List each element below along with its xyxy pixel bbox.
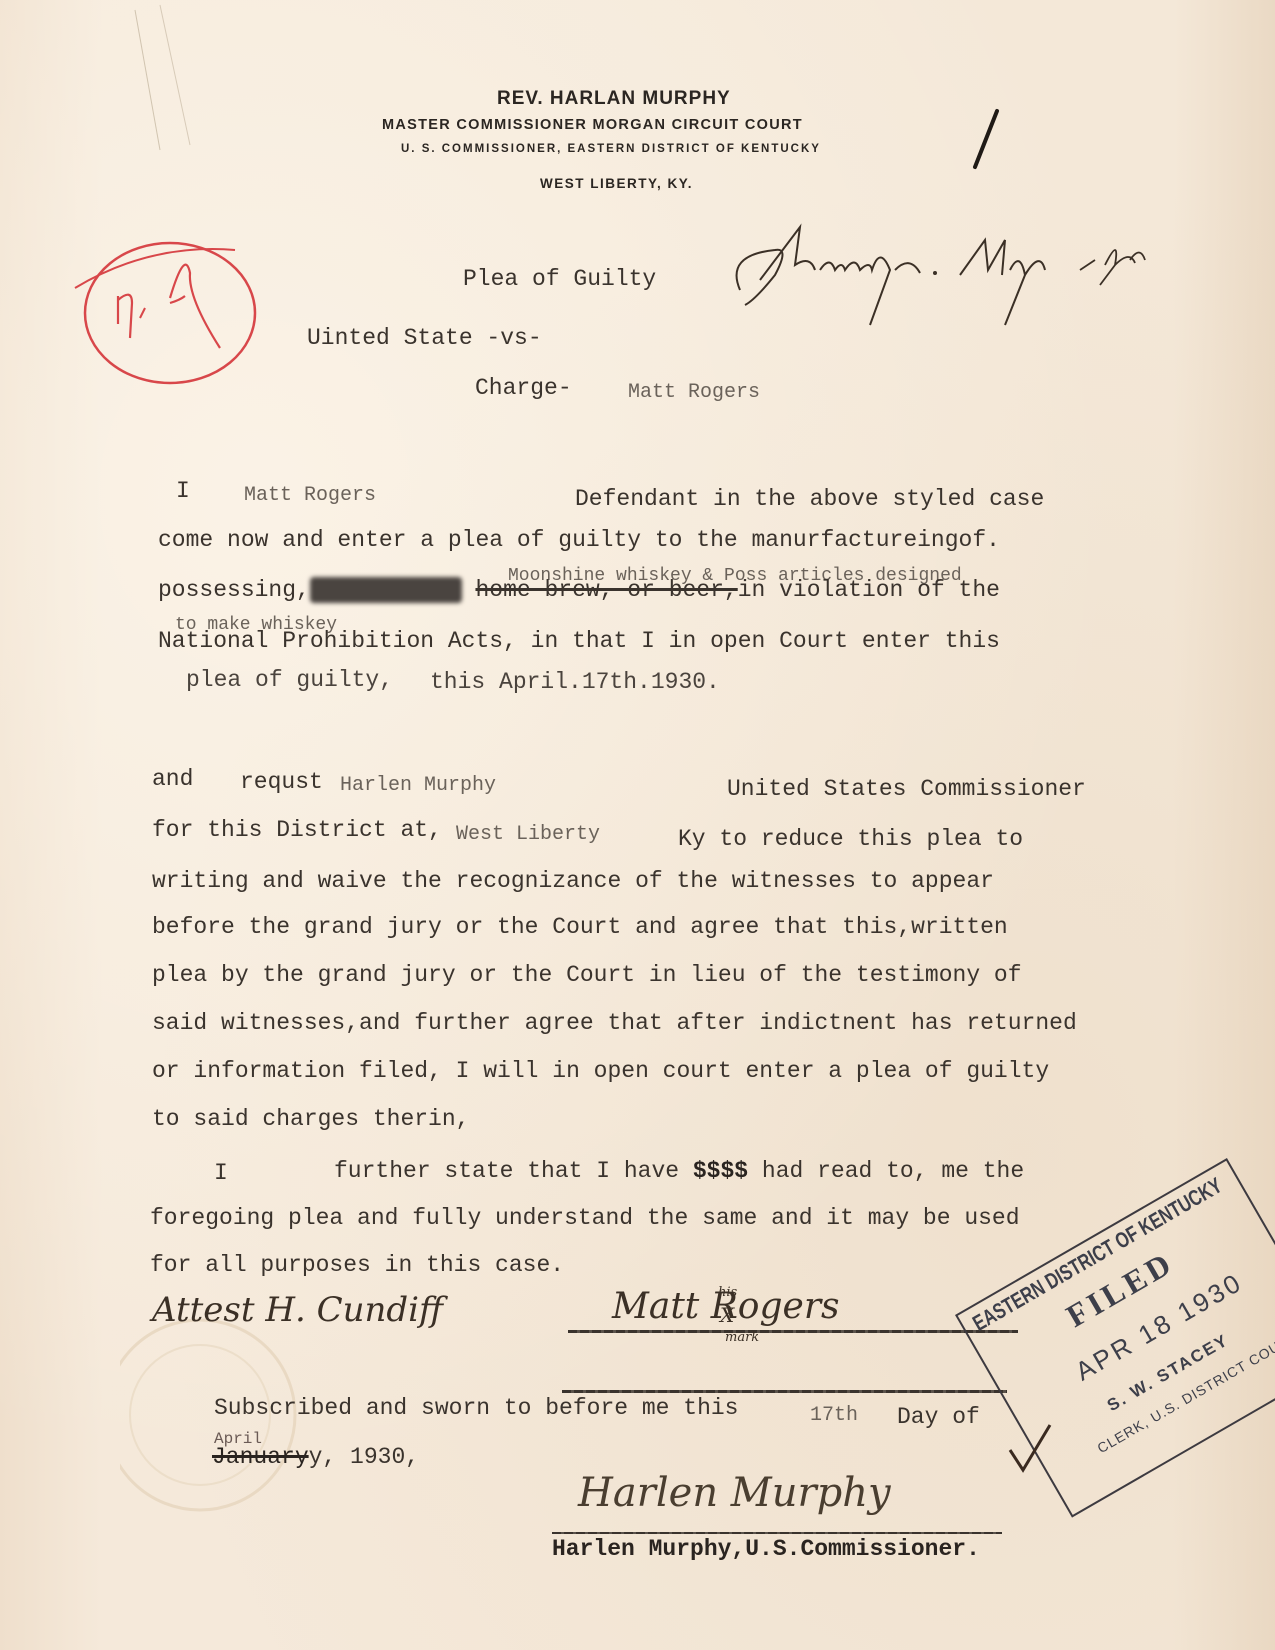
- para2-request: requst: [240, 769, 323, 795]
- plea-date: this April.17th.1930.: [430, 669, 720, 695]
- defendant-name-body: Matt Rogers: [244, 484, 376, 507]
- paper-crease-marks: [130, 0, 210, 170]
- para2-line6: said witnesses,and further agree that af…: [152, 1010, 1077, 1036]
- para3-line1: further state that I have $$$$ had read …: [334, 1158, 1024, 1184]
- para2-line4: before the grand jury or the Court and a…: [152, 914, 1008, 940]
- letterhead-name: REV. HARLAN MURPHY: [497, 88, 731, 110]
- pronoun-i: I: [176, 478, 190, 504]
- red-circled-number: [70, 228, 270, 398]
- commissioner-signature: Harlen Murphy: [578, 1470, 891, 1516]
- para1-line4: National Prohibition Acts, in that I in …: [158, 628, 1000, 654]
- para3-line3: for all purposes in this case.: [150, 1252, 564, 1278]
- para2-line8: to said charges therin,: [152, 1106, 469, 1132]
- struck-text: and selling: [310, 577, 462, 603]
- para1-line3: possessing,and selling home brew, or bee…: [158, 577, 1000, 603]
- attest-signature: Attest H. Cundiff: [152, 1290, 443, 1330]
- defendant-name: Matt Rogers: [628, 381, 760, 404]
- struck-symbols: $$$$: [693, 1158, 748, 1184]
- commissioner-name-body: Harlen Murphy: [340, 774, 496, 797]
- checkmark-icon: [1005, 1420, 1055, 1480]
- para3-line1-suffix: had read to, me the: [762, 1158, 1024, 1184]
- para2-line7: or information filed, I will in open cou…: [152, 1058, 1049, 1084]
- letterhead-title-2: U. S. COMMISSIONER, EASTERN DISTRICT OF …: [401, 143, 821, 155]
- para2-line2-suffix: Ky to reduce this plea to: [678, 826, 1023, 852]
- struck-month: January: [212, 1444, 309, 1470]
- commissioner-signature-line: [552, 1532, 1002, 1534]
- his-mark-top: his: [718, 1285, 737, 1300]
- para2-line2-prefix: for this District at,: [152, 817, 442, 843]
- charge-label: Charge-: [475, 375, 572, 401]
- para2-line3: writing and waive the recognizance of th…: [152, 868, 994, 894]
- letterhead-location: WEST LIBERTY, KY.: [540, 176, 693, 191]
- para2-line5: plea by the grand jury or the Court in l…: [152, 962, 1022, 988]
- para1-line2: come now and enter a plea of guilty to t…: [158, 527, 1000, 553]
- commissioner-typed-name: Harlen Murphy,U.S.Commissioner.: [552, 1536, 980, 1562]
- para3-line1-text: further state that I have: [334, 1158, 679, 1184]
- para1-line3-suffix: in violation of the: [738, 577, 1000, 603]
- para1-line1: Defendant in the above styled case: [575, 486, 1044, 512]
- jurat-day: 17th: [810, 1404, 858, 1427]
- place-name: West Liberty: [456, 823, 600, 846]
- para3-pronoun-i: I: [214, 1160, 228, 1186]
- case-style: Uinted State -vs-: [307, 325, 542, 351]
- jurat-date-line: Januaryy, 1930,: [212, 1444, 419, 1470]
- jurat-day-of: Day of: [897, 1404, 980, 1430]
- para2-line1-suffix: United States Commissioner: [727, 776, 1086, 802]
- his-mark-bottom: mark: [725, 1330, 759, 1345]
- defendant-signature-line: [568, 1330, 1018, 1333]
- para1-line3-prefix: possessing,: [158, 577, 310, 603]
- jurat-year: y, 1930,: [309, 1444, 419, 1470]
- overtyped-text: home brew, or beer,: [475, 577, 737, 603]
- document-title: Plea of Guilty: [463, 266, 656, 292]
- letterhead-title-1: MASTER COMMISSIONER MORGAN CIRCUIT COURT: [382, 117, 803, 133]
- para2-and: and: [152, 766, 193, 792]
- handwritten-charge-note: Charge. Mfg & P.P.: [720, 215, 1160, 330]
- page-number-mark: [965, 105, 1005, 175]
- jurat-text: Subscribed and sworn to before me this: [214, 1395, 739, 1421]
- para1-line5-prefix: plea of guilty,: [186, 667, 393, 693]
- his-mark-x: X: [720, 1303, 734, 1327]
- para3-line2: foregoing plea and fully understand the …: [150, 1205, 1020, 1231]
- blank-signature-line: [562, 1390, 1007, 1393]
